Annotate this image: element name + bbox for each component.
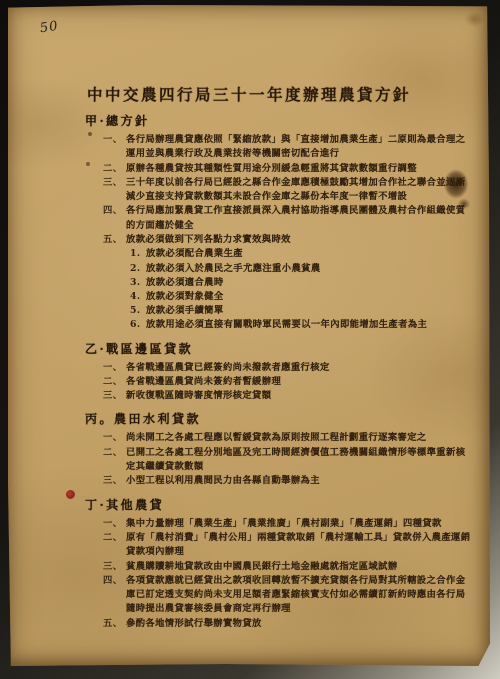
clause-text: 各項貸款應就已經貸出之款項收回轉放暫不擴充貸額各行局對其所轄設之合作金庫已訂定透… [126, 574, 472, 617]
clause-text: 新收復戰區隨時審度情形核定貸額 [126, 389, 472, 403]
clause-text: 放款必須做到下列各點力求實效與時效 [126, 233, 472, 247]
clause-number: 二、 [103, 375, 126, 389]
clause-row: 二、已開工之各處工程分別地區及完工時間經濟價值工務機關組織情形等標準重新核定其繼… [103, 446, 490, 475]
clause-number: 二、 [103, 446, 126, 475]
paper-sheet: 50 中中交農四行局三十一年度辦理農貸方針 甲·總方針一、各行局辦理農貸應依照「… [8, 5, 490, 666]
clause-number: 三、 [103, 176, 126, 205]
clause-row: 三、三十年度以前各行局已經設之縣合作金庫應積極鼓勵其增加合作社之聯合並逐漸減少直… [103, 176, 490, 205]
clause-text: 三十年度以前各行局已經設之縣合作金庫應積極鼓勵其增加合作社之聯合並逐漸減少直接支… [126, 176, 472, 205]
subclause-row: 2.放款必須入於農民之手尤應注重小農貧農 [130, 262, 490, 276]
subclause-row: 1.放款必須配合農業生產 [130, 247, 490, 261]
subclause-row: 6.放款用途必須直接有關戰時軍民需要以一年內即能增加生產者為主 [130, 318, 490, 332]
clause-text: 貧農購贖耕地貸款改由中國農民銀行土地金融處就指定區域試辦 [126, 560, 472, 574]
clause-row: 四、各項貸款應就已經貸出之款項收回轉放暫不擴充貸額各行局對其所轄設之合作金庫已訂… [103, 574, 490, 617]
clause-text: 原有「農村消費」「農村公用」兩種貸款取銷「農村運輸工具」貸款併入農產運銷貸款項內… [126, 531, 472, 560]
clause-number: 五、 [103, 617, 126, 631]
document-photo: 50 中中交農四行局三十一年度辦理農貸方針 甲·總方針一、各行局辦理農貸應依照「… [0, 0, 500, 679]
clause-row: 二、原有「農村消費」「農村公用」兩種貸款取銷「農村運輸工具」貸款併入農產運銷貸款… [103, 531, 490, 560]
clause-row: 四、各行局應加緊農貸工作直接派員深入農村協助指導農民團體及農村合作組織使質的方面… [103, 204, 490, 233]
clause-number: 五、 [103, 233, 126, 247]
clause-number: 一、 [103, 133, 126, 162]
clause-number: 二、 [103, 531, 126, 560]
clause-text: 小型工程以利用農間民力由各縣自動舉辦為主 [126, 474, 472, 488]
ink-stain-small [456, 197, 472, 211]
clause-text: 各行局辦理農貸應依照「緊縮放款」與「直接增加農業生產」二原則為最合理之運用並與農… [126, 133, 472, 162]
corner-stain [462, 9, 488, 29]
clause-text: 集中力量辦理「農業生產」「農業推廣」「農村副業」「農產運銷」四種貸款 [126, 517, 472, 531]
clause-row: 三、貧農購贖耕地貸款改由中國農民銀行土地金融處就指定區域試辦 [103, 560, 490, 574]
clause-number: 一、 [103, 361, 126, 375]
subclause-number: 1. [130, 247, 146, 261]
subclause-number: 5. [130, 304, 146, 318]
clause-row: 一、各行局辦理農貸應依照「緊縮放款」與「直接增加農業生產」二原則為最合理之運用並… [103, 133, 490, 162]
clause-row: 二、各省戰邊區農貸尚未簽約者暫緩辦理 [103, 375, 490, 389]
clause-text: 原辦各種農貸按其種類性質用途分別緩急輕重將其貸款數額重行調整 [126, 162, 472, 176]
clause-text: 尚未開工之各處工程應以暫緩貸款為原則按照工程計劃重行逐案審定之 [126, 431, 472, 445]
clause-number: 三、 [103, 389, 126, 403]
subclause-number: 4. [130, 290, 146, 304]
clause-row: 三、新收復戰區隨時審度情形核定貸額 [103, 389, 490, 403]
subclause-text: 放款必須對象健全 [146, 290, 468, 304]
clause-text: 已開工之各處工程分別地區及完工時間經濟價值工務機關組織情形等標準重新核定其繼續貸… [126, 446, 472, 475]
clause-row: 一、集中力量辦理「農業生產」「農業推廣」「農村副業」「農產運銷」四種貸款 [103, 517, 490, 531]
subclause-text: 放款用途必須直接有關戰時軍民需要以一年內即能增加生產者為主 [146, 318, 468, 332]
clause-text: 參酌各地情形試行舉辦實物貸放 [126, 617, 472, 631]
clause-row: 三、小型工程以利用農間民力由各縣自動舉辦為主 [103, 474, 490, 488]
subclause-row: 5.放款必須手續簡單 [130, 304, 490, 318]
red-dot-annotation [66, 490, 75, 499]
annotation-dot-icon [86, 162, 90, 166]
clause-row: 五、參酌各地情形試行舉辦實物貸放 [103, 617, 490, 631]
clause-row: 一、尚未開工之各處工程應以暫緩貸款為原則按照工程計劃重行逐案審定之 [103, 431, 490, 445]
clause-number: 一、 [103, 431, 126, 445]
clause-text: 各省戰邊區農貸已經簽約尚未撥款者應重行核定 [126, 361, 472, 375]
clause-number: 一、 [103, 517, 126, 531]
clause-text: 各行局應加緊農貸工作直接派員深入農村協助指導農民團體及農村合作組織使質的方面趨於… [126, 204, 472, 233]
document-title: 中中交農四行局三十一年度辦理農貸方針 [8, 83, 490, 105]
subclause-text: 放款必須配合農業生產 [146, 247, 468, 261]
section-heading: 丙。農田水利貸款 [85, 410, 490, 427]
subclause-text: 放款必須手續簡單 [146, 304, 468, 318]
subclause-number: 2. [130, 262, 146, 276]
section-heading: 甲·總方針 [85, 112, 490, 129]
handwritten-page-number: 50 [39, 19, 60, 37]
clause-number: 二、 [103, 162, 126, 176]
subclause-text: 放款必須入於農民之手尤應注重小農貧農 [146, 262, 468, 276]
clause-row: 五、放款必須做到下列各點力求實效與時效 [103, 233, 490, 247]
clause-number: 三、 [103, 560, 126, 574]
clause-row: 二、原辦各種農貸按其種類性質用途分別緩急輕重將其貸款數額重行調整 [103, 162, 490, 176]
section-heading: 丁·其他農貸 [85, 496, 490, 513]
section-heading: 乙·戰區邊區貸款 [85, 340, 490, 357]
subclause-row: 3.放款必須適合農時 [130, 276, 490, 290]
annotation-dot-icon [88, 132, 92, 136]
clause-text: 各省戰邊區農貸尚未簽約者暫緩辦理 [126, 375, 472, 389]
subclause-text: 放款必須適合農時 [146, 276, 468, 290]
clause-number: 四、 [103, 204, 126, 233]
subclause-row: 4.放款必須對象健全 [130, 290, 490, 304]
clause-row: 一、各省戰邊區農貸已經簽約尚未撥款者應重行核定 [103, 361, 490, 375]
subclause-number: 6. [130, 318, 146, 332]
clause-number: 四、 [103, 574, 126, 617]
sections-container: 甲·總方針一、各行局辦理農貸應依照「緊縮放款」與「直接增加農業生產」二原則為最合… [8, 112, 490, 631]
subclause-number: 3. [130, 276, 146, 290]
clause-number: 三、 [103, 474, 126, 488]
